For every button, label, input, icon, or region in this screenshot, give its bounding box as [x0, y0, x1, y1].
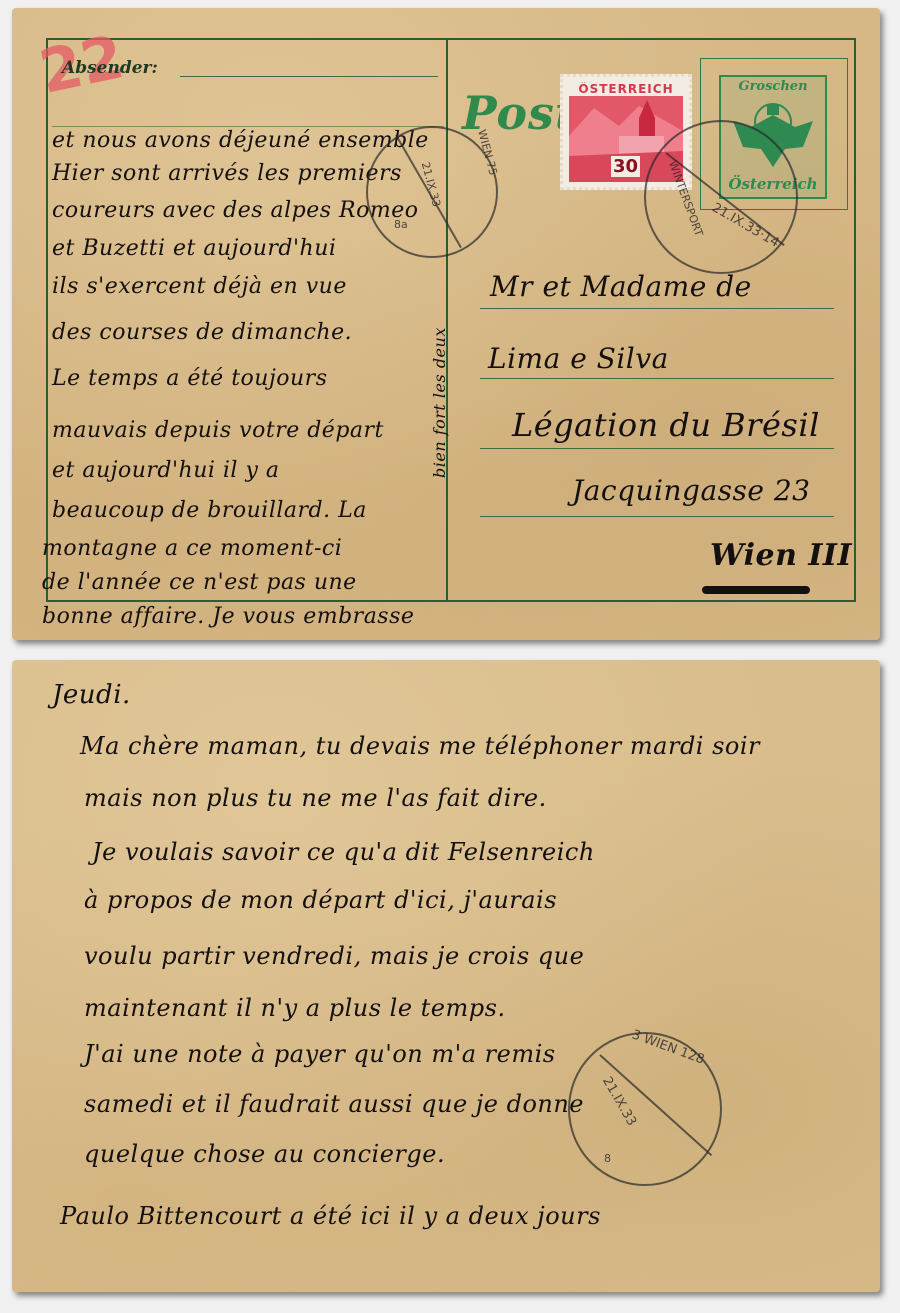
message-line: et nous avons déjeuné ensemble	[52, 128, 429, 153]
message-line: des courses de dimanche.	[52, 320, 352, 345]
postmark-date: 21.IX.33·14	[709, 200, 781, 250]
postmark-bar	[395, 135, 462, 249]
message-line: Hier sont arrivés les premiers	[52, 161, 402, 186]
message-line: quelque chose au concierge.	[84, 1140, 445, 1168]
stamp-country: ÖSTERREICH	[569, 82, 683, 96]
postcard-front: 22 Absender: Post et nous avons déjeuné …	[12, 8, 880, 640]
postmark-wien: WIEN 75 21.IX.33 8a	[366, 126, 498, 258]
divider-line	[446, 40, 448, 600]
message-line: mauvais depuis votre départ	[52, 418, 384, 443]
postmark-code: 8a	[394, 218, 408, 231]
address-rule	[480, 516, 834, 517]
postmark-text: 3 WIEN 128	[630, 1027, 707, 1067]
message-rule	[52, 126, 444, 127]
postmark-wintersport: WINTERSPORT 21.IX.33·14	[644, 120, 798, 274]
margin-note: bien fort les deux	[430, 327, 449, 478]
address-line: Wien III	[710, 538, 852, 573]
message-line: montagne a ce moment-ci	[42, 536, 342, 561]
address-rule	[480, 308, 834, 309]
message-line: et Buzetti et aujourd'hui	[52, 236, 336, 261]
address-line: Légation du Brésil	[512, 406, 820, 444]
message-line: et aujourd'hui il y a	[52, 458, 280, 483]
address-line: Lima e Silva	[488, 342, 669, 375]
postcard-back: Jeudi. Ma chère maman, tu devais me télé…	[12, 660, 880, 1292]
address-rule	[480, 378, 834, 379]
message-line: Paulo Bittencourt a été ici il y a deux …	[60, 1202, 601, 1230]
postmark-code: 8	[604, 1152, 611, 1165]
message-line: ils s'exercent déjà en vue	[52, 274, 347, 299]
message-line: bonne affaire. Je vous embrasse	[42, 604, 414, 629]
underline-stroke	[702, 586, 810, 594]
message-line: Je voulais savoir ce qu'a dit Felsenreic…	[92, 838, 595, 866]
message-line: mais non plus tu ne me l'as fait dire.	[84, 784, 547, 812]
sender-rule	[180, 76, 438, 77]
message-line: beaucoup de brouillard. La	[52, 498, 367, 523]
message-line: maintenant il n'y a plus le temps.	[84, 994, 506, 1022]
message-line: voulu partir vendredi, mais je crois que	[84, 942, 584, 970]
address-rule	[480, 448, 834, 449]
salutation: Jeudi.	[52, 680, 131, 710]
postmark-text: WINTERSPORT	[666, 159, 705, 238]
address-line: Jacquingasse 23	[572, 474, 811, 507]
message-line: de l'année ce n'est pas une	[42, 570, 357, 595]
message-line: samedi et il faudrait aussi que je donne	[84, 1090, 584, 1118]
message-line: à propos de mon départ d'ici, j'aurais	[84, 886, 557, 914]
message-line: J'ai une note à payer qu'on m'a remis	[84, 1040, 556, 1068]
message-line: coureurs avec des alpes Romeo	[52, 198, 418, 223]
postmark-date: 21.IX.33	[419, 161, 443, 209]
message-line: Ma chère maman, tu devais me téléphoner …	[80, 732, 760, 760]
postmark-wien-128: 3 WIEN 128 21.IX.33 8	[568, 1032, 722, 1186]
sender-label: Absender:	[62, 58, 158, 78]
message-line: Le temps a été toujours	[52, 366, 328, 391]
stamp-value: 30	[611, 156, 640, 177]
address-line: Mr et Madame de	[490, 270, 752, 303]
